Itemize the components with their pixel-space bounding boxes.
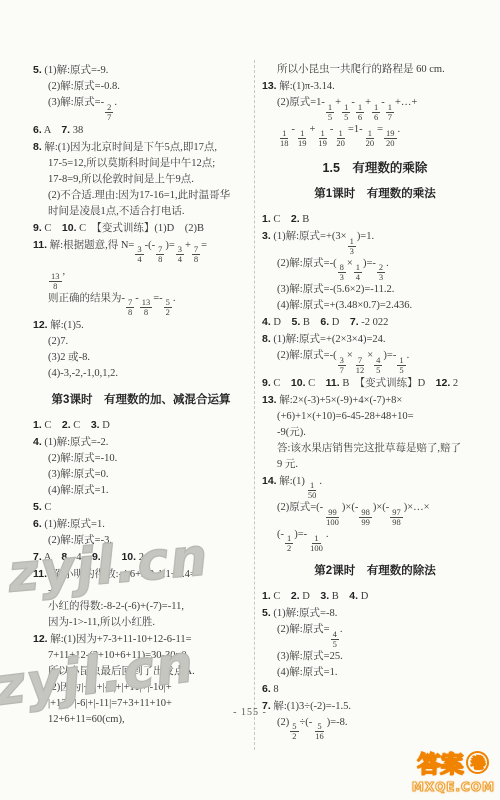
fraction: 9798 <box>390 508 403 527</box>
answer-line: 6. 8 <box>262 681 488 698</box>
fraction: 45 <box>331 630 339 649</box>
answer-line: 4. (1)解:原式=-2. <box>33 434 249 451</box>
answer-line: (2)不合适.理由:因为17-16=1,此时温哥华 <box>33 188 249 204</box>
answer-line: 答:该水果店销售完这批草莓是赔了,赔了 <box>262 441 488 457</box>
fraction: 78 <box>156 245 164 264</box>
fraction: 120 <box>334 129 347 148</box>
page-number: - 155 - <box>0 707 500 718</box>
answer-line: 6. A 7. 38 <box>33 122 249 139</box>
answer-line: (4)-3,-2,-1,0,1,2. <box>33 366 249 382</box>
answer-line: 1. C 2. D 3. B 4. D <box>262 588 488 605</box>
answer-line: (2)解:原式=-3. <box>33 533 249 549</box>
fraction: 99100 <box>324 508 341 527</box>
fraction: 14 <box>354 263 362 282</box>
answer-line: (2)原式=(-99100)×(-9899)×(-9798)×…× <box>262 500 488 527</box>
fraction: 52 <box>164 298 172 317</box>
answer-line: 1. C 2. C 3. D <box>33 417 249 434</box>
fraction: 78 <box>192 245 200 264</box>
answer-site-logo: 答案卷 <box>412 746 495 779</box>
fraction: 15 <box>342 103 350 122</box>
answer-line: 12. 解:(1)5. <box>33 317 249 334</box>
answer-line: (-12)=-1100. <box>262 527 488 554</box>
answer-line: 17-8=9,所以伦敦时间是上午9点. <box>33 172 249 188</box>
answer-line: 14. 解:(1)150. <box>262 473 488 501</box>
answer-line: (2)7. <box>33 334 249 350</box>
answer-line: (2)解:原式=-0.8. <box>33 79 249 95</box>
answer-line: 则正确的结果为-78-138=-52. <box>33 291 249 318</box>
answer-line: 5. (1)解:原式=-8. <box>262 605 488 622</box>
fraction: 1920 <box>384 129 397 148</box>
answer-line: 5. C <box>33 499 249 516</box>
fraction: 37 <box>338 356 346 375</box>
answer-line: (2)解:原式=-10. <box>33 451 249 467</box>
answer-line: 5. (1)解:原式=-9. <box>33 62 249 79</box>
answer-line: 13. 解:(1)π-3.14. <box>262 78 488 95</box>
answer-line: (3)解:原式=25. <box>262 649 488 665</box>
fraction: 27 <box>105 103 113 122</box>
fraction: 15 <box>397 356 405 375</box>
answer-line: 13. 解:2×(-3)+5×(-9)+4×(-7)+8× <box>262 392 488 409</box>
answer-line: 9. C 10. C 11. B 【变式训练】D 12. 2 <box>262 375 488 392</box>
answer-line: 12. 解:(1)因为+7-3+11-10+12-6-11= <box>33 631 249 648</box>
answer-line: 7+11+12-(3+10+6+11)=30-30=0, <box>33 648 249 664</box>
answer-line: 11. 解:根据题意,得 N=34-(-78)=34+78= <box>33 237 249 265</box>
lesson-heading: 第3课时 有理数的加、减混合运算 <box>33 392 249 408</box>
right-answer-column: 所以小昆虫一共爬行的路程是 60 cm.13. 解:(1)π-3.14.(2)原… <box>262 62 488 741</box>
fraction: 83 <box>338 263 346 282</box>
answer-line: 118-119+119-120=1-120=1920. <box>262 122 488 149</box>
answer-line: 因为-1>-11,所以小红胜. <box>33 615 249 631</box>
fraction: 16 <box>356 103 364 122</box>
answer-line: (4)解:原式=1. <box>33 483 249 499</box>
answer-line: 6. (1)解:原式=1. <box>33 516 249 533</box>
answer-line: (3)2 或-8. <box>33 350 249 366</box>
answer-site-watermark: 答案卷 MXQE.COM <box>412 746 495 794</box>
fraction: 12 <box>285 534 293 553</box>
answer-line: (2)52÷(-516)=-8. <box>262 715 488 742</box>
fraction: 712 <box>354 356 367 375</box>
logo-circle-icon: 卷 <box>466 751 489 774</box>
fraction: 45 <box>374 356 382 375</box>
fraction: 17 <box>386 103 394 122</box>
answer-line: 9. C 10. C 【变式训练】(1)D (2)B <box>33 220 249 237</box>
fraction: 9899 <box>359 508 372 527</box>
fraction: 150 <box>306 481 319 500</box>
answer-line: (3)解:原式=-27. <box>33 95 249 122</box>
fraction: 119 <box>316 129 329 148</box>
fraction: 1100 <box>308 534 325 553</box>
answer-line: 11. 解:小明的得数:-4.6+3.2-1.1+1.4= <box>33 566 249 583</box>
answer-line: 3. (1)解:原式=+(3×13)=1. <box>262 228 488 256</box>
fraction: 16 <box>372 103 380 122</box>
answer-line: (4)解:原式=+(3.48×0.7)=2.436. <box>262 298 488 314</box>
answer-line: (3)解:原式=0. <box>33 467 249 483</box>
fraction: 138 <box>140 298 153 317</box>
answer-line: 所以小昆虫最后回到了出发点A. <box>33 664 249 680</box>
answer-line: 小红的得数:-8-2-(-6)+(-7)=-11, <box>33 599 249 615</box>
left-answer-column: 5. (1)解:原式=-9.(2)解:原式=-0.8.(3)解:原式=-27.6… <box>33 62 249 728</box>
answer-line: (2)因为|+7|+|-3|+|+11|+|-10|+ <box>33 680 249 696</box>
fraction: 34 <box>135 245 143 264</box>
lesson-heading: 第1课时 有理数的乘法 <box>262 186 488 202</box>
fraction: 15 <box>326 103 334 122</box>
answer-line: (2)解:原式=-(37×712×45)=-15. <box>262 348 488 375</box>
fraction: 138 <box>49 272 62 291</box>
answer-line: -1, <box>33 583 249 599</box>
answer-line: (2)原式=1-15+15-16+16-17+…+ <box>262 95 488 122</box>
fraction: 23 <box>377 263 385 282</box>
column-divider <box>254 60 255 750</box>
fraction: 118 <box>278 129 291 148</box>
answer-line: (+6)+1×(+10)=6-45-28+48+10= <box>262 409 488 425</box>
answer-line: 8. 解:(1)因为北京时间是下午5点,即17点, <box>33 139 249 156</box>
answer-line: (2)解:原式=-(83×14)=-23. <box>262 256 488 283</box>
answer-book-page: 5. (1)解:原式=-9.(2)解:原式=-0.8.(3)解:原式=-27.6… <box>0 0 500 800</box>
logo-text: 答案 <box>417 746 463 779</box>
answer-line: -9(元). <box>262 425 488 441</box>
answer-line: 4. D 5. B 6. D 7. -2 022 <box>262 314 488 331</box>
fraction: 120 <box>364 129 377 148</box>
fraction: 34 <box>176 245 184 264</box>
answer-line: (4)解:原式=1. <box>262 665 488 681</box>
fraction: 78 <box>126 298 134 317</box>
answer-line: 7. A 8. -4 9. D 10. 21 <box>33 549 249 566</box>
answer-line: (2)解:原式=45. <box>262 622 488 649</box>
fraction: 52 <box>290 722 298 741</box>
answer-line: 9 元. <box>262 457 488 473</box>
answer-line: 8. (1)解:原式=+(2×3×4)=24. <box>262 331 488 348</box>
answer-line: (3)解:原式=-(5.6×2)=-11.2. <box>262 282 488 298</box>
answer-line: 时间是凌晨1点,不适合打电话. <box>33 204 249 220</box>
logo-domain-text: MXQE.COM <box>412 780 495 794</box>
fraction: 516 <box>313 722 326 741</box>
lesson-heading: 第2课时 有理数的除法 <box>262 563 488 579</box>
answer-line: 1. C 2. B <box>262 211 488 228</box>
section-heading: 1.5 有理数的乘除 <box>262 160 488 176</box>
fraction: 13 <box>348 237 356 256</box>
answer-line: 所以小昆虫一共爬行的路程是 60 cm. <box>262 62 488 78</box>
answer-line: 138, <box>33 264 249 291</box>
fraction: 119 <box>296 129 309 148</box>
answer-line: 17-5=12,所以莫斯科时间是中午12点; <box>33 156 249 172</box>
